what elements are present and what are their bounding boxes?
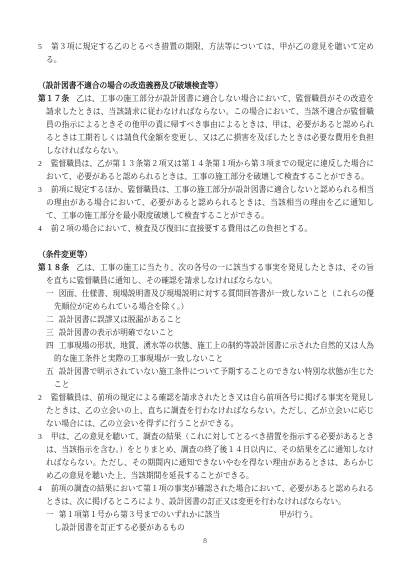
article-17: 第１７条乙は、工事の施工部分が設計図書に適合しない場合において、監督職員がその改… [38, 92, 374, 157]
item-text: 図面、仕様書、現場説明書及び現場説明に対する質問回答書が一致しないこと（これらの… [54, 289, 374, 311]
paragraph-17-4: 4前２項の場合において、検査及び復旧に直接要する費用は乙の負担とする。 [38, 222, 374, 235]
section-heading-condition-change: （条件変更等） [38, 248, 374, 261]
paragraph-text: 監督職員は、前項の規定による確認を請求されたとき又は自ら前項各号に掲げる事実を発… [46, 393, 374, 428]
measure-table-row: 一第１項第１号から第３号までのいずれかに該当し設計図書を訂正する必要があるもの … [38, 508, 374, 534]
paragraph-text: 監督職員は、乙が第１３条第２項又は第１４条第１項から第３項までの規定に違反した場… [46, 159, 374, 181]
article-17-text: 乙は、工事の施工部分が設計図書に適合しない場合において、監督職員がその改造を請求… [46, 94, 374, 155]
item-18-1-2: 二設計図書に誤謬又は脱漏があること [38, 313, 374, 326]
contract-document-page: 5第３項に規定する乙のとるべき措置の期限、方法等については、甲が乙の意見を聴いて… [0, 0, 410, 580]
paragraph-number: 3 [38, 185, 42, 194]
item-number: 一 [46, 289, 54, 298]
item-number: 二 [46, 315, 54, 324]
paragraph-18-3: 3甲は、乙の意見を聴いて、調査の結果（これに対してとるべき措置を指示する必要があ… [38, 430, 374, 482]
article-17-label: 第１７条 [38, 94, 69, 103]
item-text: 工事現場の形状、地質、湧水等の状態、施工上の制約等設計図書に示された自然的又は人… [54, 341, 374, 363]
article-18-text: 乙は、工事の施工に当たり、次の各号の一に該当する事実を発見したときは、その旨を直… [46, 263, 374, 285]
item-number: 三 [46, 328, 54, 337]
measure-item: 一第１項第１号から第３号までのいずれかに該当し設計図書を訂正する必要があるもの [38, 508, 223, 534]
item-number: 五 [46, 367, 54, 376]
article-18: 第１８条乙は、工事の施工に当たり、次の各号の一に該当する事実を発見したときは、そ… [38, 261, 374, 287]
paragraph-number: 5 [38, 42, 42, 51]
item-18-1-5: 五設計図書で明示されていない施工条件について予期することのできない特別な状態が生… [38, 365, 374, 391]
paragraph-text: 甲は、乙の意見を聴いて、調査の結果（これに対してとるべき措置を指示する必要がある… [46, 432, 374, 480]
item-number: 一 [46, 510, 54, 519]
paragraph-number: 2 [38, 159, 42, 168]
item-text: 第１項第１号から第３号までのいずれかに該当し設計図書を訂正する必要があるもの [54, 510, 220, 532]
paragraph-text: 前２項の場合において、検査及び復旧に直接要する費用は乙の負担とする。 [51, 224, 312, 233]
page-number: 8 [0, 534, 410, 547]
paragraph-number: 4 [38, 484, 42, 493]
paragraph-number: 4 [38, 224, 42, 233]
paragraph-18-4: 4前項の調査の結果において第１項の事実が確認された場合において、必要があると認め… [38, 482, 374, 508]
paragraph-number: 2 [38, 393, 42, 402]
item-18-1-3: 三設計図書の表示が明確でないこと [38, 326, 374, 339]
item-text: 設計図書の表示が明確でないこと [59, 328, 174, 337]
measure-action: 甲が行う。 [279, 508, 317, 521]
item-18-1-1: 一図面、仕様書、現場説明書及び現場説明に対する質問回答書が一致しないこと（これら… [38, 287, 374, 313]
paragraph-16-5: 5第３項に規定する乙のとるべき措置の期限、方法等については、甲が乙の意見を聴いて… [38, 40, 374, 66]
item-text: 設計図書で明示されていない施工条件について予期することのできない特別な状態が生じ… [54, 367, 374, 389]
item-18-1-4: 四工事現場の形状、地質、湧水等の状態、施工上の制約等設計図書に示された自然的又は… [38, 339, 374, 365]
paragraph-text: 第３項に規定する乙のとるべき措置の期限、方法等については、甲が乙の意見を聴いて定… [46, 42, 374, 64]
paragraph-17-3: 3前項に規定するほか、監督職員は、工事の施工部分が設計図書に適合しないと認められ… [38, 183, 374, 222]
paragraph-text: 前項の調査の結果において第１項の事実が確認された場合において、必要があると認めら… [46, 484, 374, 506]
item-text: 設計図書に誤謬又は脱漏があること [59, 315, 182, 324]
item-number: 四 [46, 341, 54, 350]
paragraph-18-2: 2監督職員は、前項の規定による確認を請求されたとき又は自ら前項各号に掲げる事実を… [38, 391, 374, 430]
paragraph-text: 前項に規定するほか、監督職員は、工事の施工部分が設計図書に適合しないと認められる… [46, 185, 374, 220]
paragraph-number: 3 [38, 432, 42, 441]
section-heading-design-docs: （設計図書不適合の場合の改造義務及び破壊検査等） [38, 79, 374, 92]
article-18-label: 第１８条 [38, 263, 69, 272]
paragraph-17-2: 2監督職員は、乙が第１３条第２項又は第１４条第１項から第３項までの規定に違反した… [38, 157, 374, 183]
